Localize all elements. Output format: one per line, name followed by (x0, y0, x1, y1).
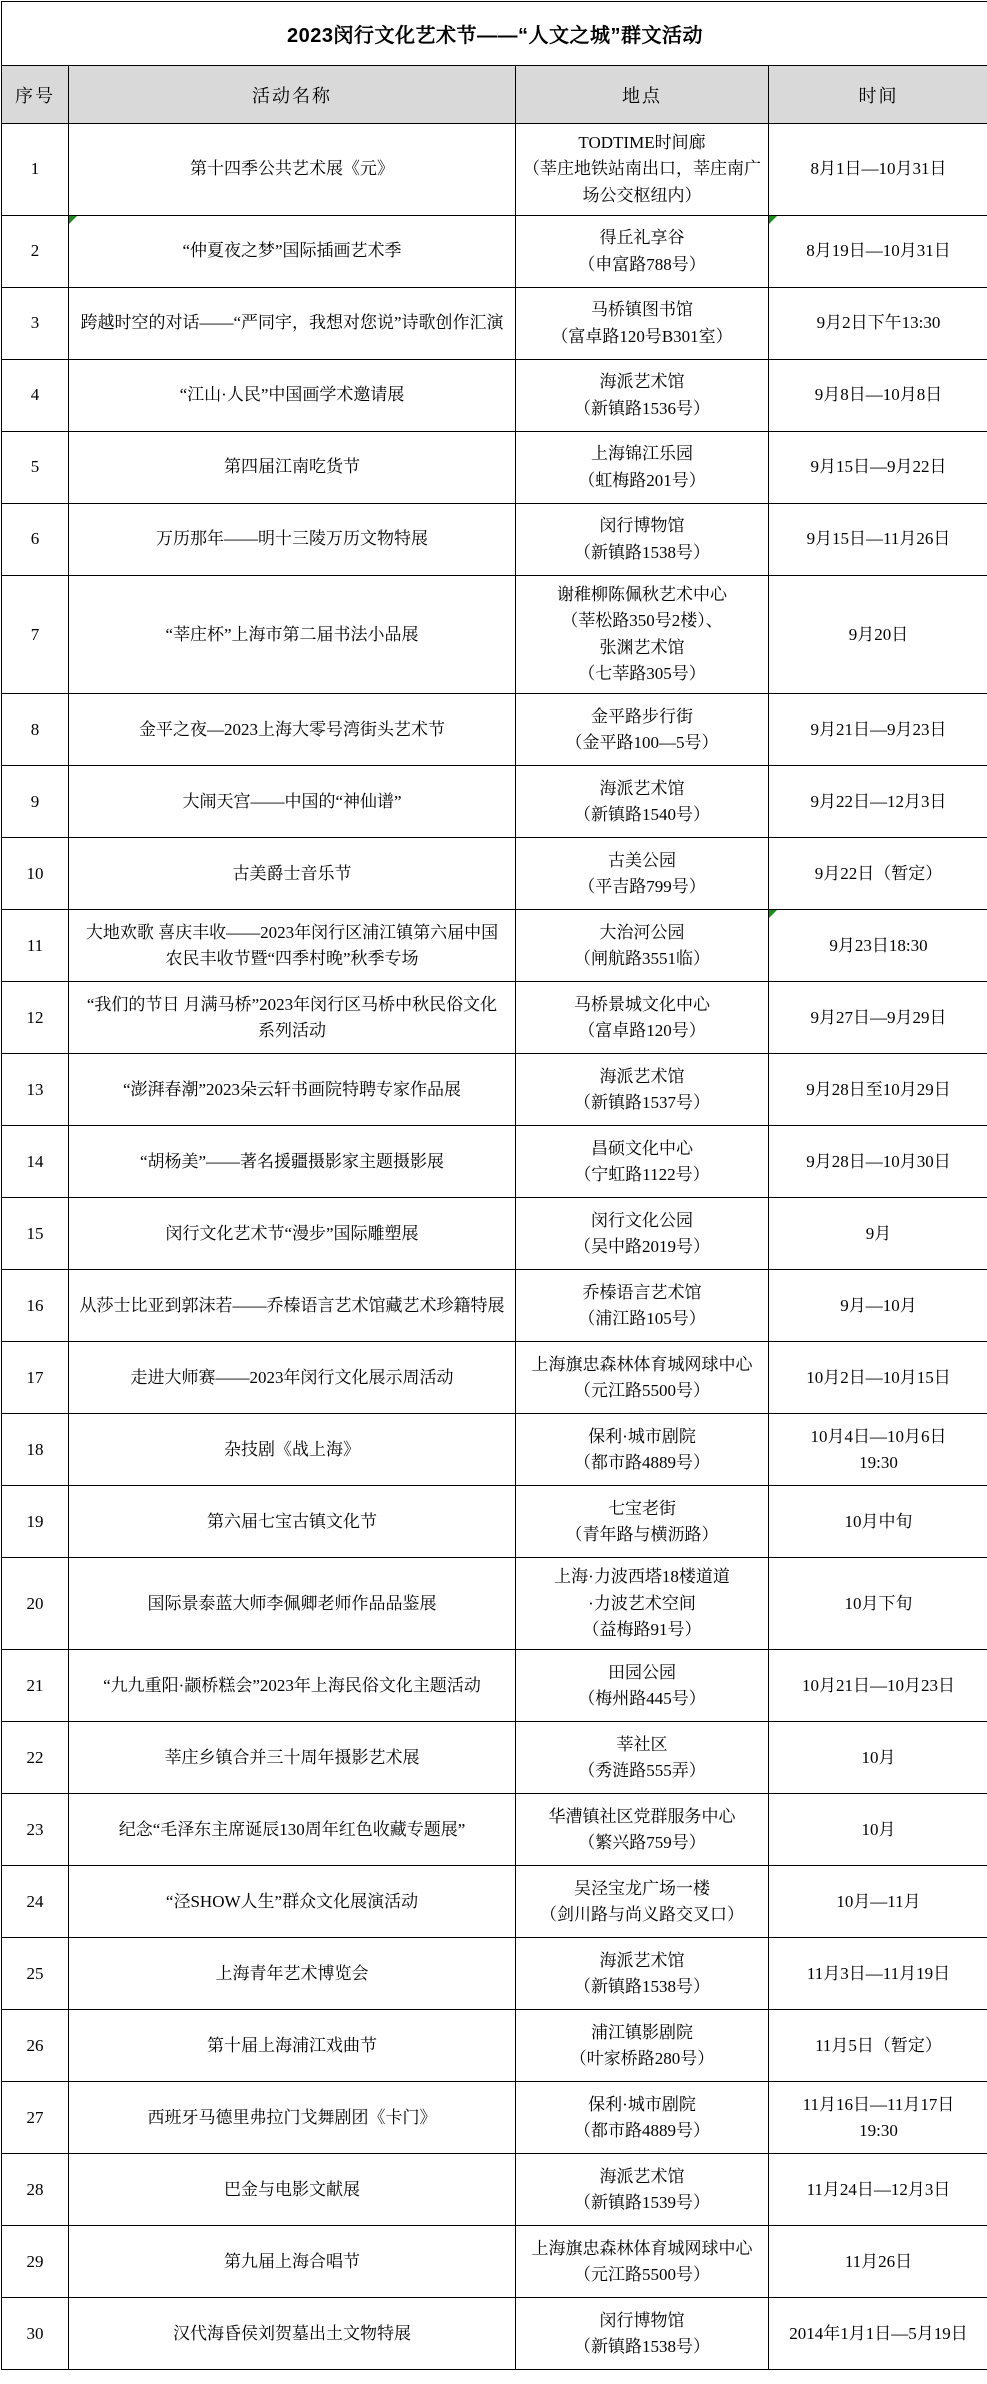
cell-time: 9月2日下午13:30 (769, 288, 987, 360)
cell-time: 9月28日—10月30日 (769, 1126, 987, 1198)
cell-location: 海派艺术馆 （新镇路1537号） (516, 1054, 769, 1126)
cell-name: 大地欢歌 喜庆丰收——2023年闵行区浦江镇第六届中国农民丰收节暨“四季村晚”秋… (69, 910, 516, 982)
cell-location: 乔榛语言艺术馆 （浦江路105号） (516, 1270, 769, 1342)
cell-name: 第六届七宝古镇文化节 (69, 1486, 516, 1558)
cell-corner-marker-icon (769, 910, 777, 918)
table-row: 10古美爵士音乐节古美公园 （平吉路799号）9月22日（暂定） (2, 838, 987, 910)
cell-index: 23 (2, 1794, 69, 1866)
table-row: 3跨越时空的对话——“严同宇，我想对您说”诗歌创作汇演马桥镇图书馆 （富卓路12… (2, 288, 987, 360)
cell-corner-marker-icon (769, 216, 777, 224)
cell-name: 汉代海昏侯刘贺墓出土文物特展 (69, 2298, 516, 2370)
column-header-location: 地点 (516, 66, 769, 124)
table-row: 7“莘庄杯”上海市第二届书法小品展谢稚柳陈佩秋艺术中心 （莘松路350号2楼）、… (2, 576, 987, 694)
cell-index: 28 (2, 2154, 69, 2226)
cell-name: 上海青年艺术博览会 (69, 1938, 516, 2010)
cell-time: 11月16日—11月17日 19:30 (769, 2082, 987, 2154)
cell-location: 海派艺术馆 （新镇路1540号） (516, 766, 769, 838)
cell-index: 6 (2, 504, 69, 576)
table-row: 23纪念“毛泽东主席诞辰130周年红色收藏专题展”华漕镇社区党群服务中心 （繁兴… (2, 1794, 987, 1866)
cell-time: 10月2日—10月15日 (769, 1342, 987, 1414)
cell-time: 10月 (769, 1794, 987, 1866)
table-row: 26第十届上海浦江戏曲节浦江镇影剧院 （叶家桥路280号）11月5日（暂定） (2, 2010, 987, 2082)
cell-name: 跨越时空的对话——“严同宇，我想对您说”诗歌创作汇演 (69, 288, 516, 360)
cell-time: 9月—10月 (769, 1270, 987, 1342)
cell-name: “莘庄杯”上海市第二届书法小品展 (69, 576, 516, 694)
cell-location: 谢稚柳陈佩秋艺术中心 （莘松路350号2楼）、 张渊艺术馆 （七莘路305号） (516, 576, 769, 694)
cell-index: 29 (2, 2226, 69, 2298)
cell-name: 第十届上海浦江戏曲节 (69, 2010, 516, 2082)
cell-location: 大治河公园 （闸航路3551临） (516, 910, 769, 982)
cell-location: 得丘礼享谷 （申富路788号） (516, 216, 769, 288)
cell-index: 27 (2, 2082, 69, 2154)
table-row: 24“泾SHOW人生”群众文化展演活动吴泾宝龙广场一楼 （剑川路与尚义路交叉口）… (2, 1866, 987, 1938)
cell-time: 9月15日—11月26日 (769, 504, 987, 576)
cell-index: 2 (2, 216, 69, 288)
cell-time: 9月28日至10月29日 (769, 1054, 987, 1126)
cell-index: 20 (2, 1558, 69, 1650)
cell-location: 海派艺术馆 （新镇路1539号） (516, 2154, 769, 2226)
cell-index: 25 (2, 1938, 69, 2010)
cell-name: 巴金与电影文献展 (69, 2154, 516, 2226)
table-row: 18杂技剧《战上海》保利·城市剧院 （都市路4889号）10月4日—10月6日 … (2, 1414, 987, 1486)
column-header-index: 序号 (2, 66, 69, 124)
cell-name: 西班牙马德里弗拉门戈舞剧团《卡门》 (69, 2082, 516, 2154)
cell-time: 9月23日18:30 (769, 910, 987, 982)
document-sheet: 2023闵行文化艺术节——“人文之城”群文活动 序号活动名称地点时间 1第十四季… (0, 0, 987, 2372)
cell-location: 七宝老街 （青年路与横沥路） (516, 1486, 769, 1558)
cell-time: 9月8日—10月8日 (769, 360, 987, 432)
cell-index: 30 (2, 2298, 69, 2370)
table-row: 2“仲夏夜之梦”国际插画艺术季得丘礼享谷 （申富路788号）8月19日—10月3… (2, 216, 987, 288)
table-row: 11大地欢歌 喜庆丰收——2023年闵行区浦江镇第六届中国农民丰收节暨“四季村晚… (2, 910, 987, 982)
cell-location: 上海旗忠森林体育城网球中心（元江路5500号） (516, 2226, 769, 2298)
cell-time: 10月21日—10月23日 (769, 1650, 987, 1722)
cell-time: 9月15日—9月22日 (769, 432, 987, 504)
cell-location: 华漕镇社区党群服务中心 （繁兴路759号） (516, 1794, 769, 1866)
cell-name: 从莎士比亚到郭沫若——乔榛语言艺术馆藏艺术珍籍特展 (69, 1270, 516, 1342)
cell-index: 14 (2, 1126, 69, 1198)
cell-index: 22 (2, 1722, 69, 1794)
cell-location: 保利·城市剧院 （都市路4889号） (516, 1414, 769, 1486)
cell-location: 马桥景城文化中心 （富卓路120号） (516, 982, 769, 1054)
table-row: 25上海青年艺术博览会海派艺术馆 （新镇路1538号）11月3日—11月19日 (2, 1938, 987, 2010)
cell-name: “仲夏夜之梦”国际插画艺术季 (69, 216, 516, 288)
cell-time: 10月—11月 (769, 1866, 987, 1938)
cell-index: 8 (2, 694, 69, 766)
cell-location: 海派艺术馆 （新镇路1538号） (516, 1938, 769, 2010)
cell-location: 莘社区 （秀涟路555弄） (516, 1722, 769, 1794)
cell-time: 11月3日—11月19日 (769, 1938, 987, 2010)
cell-time: 11月24日—12月3日 (769, 2154, 987, 2226)
cell-location: 海派艺术馆 （新镇路1536号） (516, 360, 769, 432)
table-row: 13“澎湃春潮”2023朵云轩书画院特聘专家作品展海派艺术馆 （新镇路1537号… (2, 1054, 987, 1126)
cell-location: 保利·城市剧院 （都市路4889号） (516, 2082, 769, 2154)
table-row: 5第四届江南吃货节上海锦江乐园 （虹梅路201号）9月15日—9月22日 (2, 432, 987, 504)
cell-name: “九九重阳·颛桥糕会”2023年上海民俗文化主题活动 (69, 1650, 516, 1722)
cell-location: TODTIME时间廊 （莘庄地铁站南出口，莘庄南广场公交枢纽内） (516, 124, 769, 216)
table-row: 14“胡杨美”——著名援疆摄影家主题摄影展昌硕文化中心 （宁虹路1122号）9月… (2, 1126, 987, 1198)
cell-name: 万历那年——明十三陵万历文物特展 (69, 504, 516, 576)
cell-time: 10月下旬 (769, 1558, 987, 1650)
cell-location: 上海锦江乐园 （虹梅路201号） (516, 432, 769, 504)
table-body: 1第十四季公共艺术展《元》TODTIME时间廊 （莘庄地铁站南出口，莘庄南广场公… (2, 124, 987, 2370)
cell-index: 21 (2, 1650, 69, 1722)
cell-location: 古美公园 （平吉路799号） (516, 838, 769, 910)
title-row: 2023闵行文化艺术节——“人文之城”群文活动 (2, 2, 987, 66)
cell-name: 莘庄乡镇合并三十周年摄影艺术展 (69, 1722, 516, 1794)
table-row: 9大闹天宫——中国的“神仙谱”海派艺术馆 （新镇路1540号）9月22日—12月… (2, 766, 987, 838)
cell-time: 11月26日 (769, 2226, 987, 2298)
cell-time: 9月27日—9月29日 (769, 982, 987, 1054)
table-row: 21“九九重阳·颛桥糕会”2023年上海民俗文化主题活动田园公园 （梅州路445… (2, 1650, 987, 1722)
table-row: 1第十四季公共艺术展《元》TODTIME时间廊 （莘庄地铁站南出口，莘庄南广场公… (2, 124, 987, 216)
cell-location: 吴泾宝龙广场一楼 （剑川路与尚义路交叉口） (516, 1866, 769, 1938)
cell-time: 9月21日—9月23日 (769, 694, 987, 766)
cell-name: 第四届江南吃货节 (69, 432, 516, 504)
table-row: 22莘庄乡镇合并三十周年摄影艺术展莘社区 （秀涟路555弄）10月 (2, 1722, 987, 1794)
cell-index: 26 (2, 2010, 69, 2082)
cell-name: “泾SHOW人生”群众文化展演活动 (69, 1866, 516, 1938)
cell-name: 第九届上海合唱节 (69, 2226, 516, 2298)
cell-name: 国际景泰蓝大师李佩卿老师作品品鉴展 (69, 1558, 516, 1650)
cell-index: 16 (2, 1270, 69, 1342)
cell-index: 3 (2, 288, 69, 360)
cell-name: 第十四季公共艺术展《元》 (69, 124, 516, 216)
cell-time: 8月19日—10月31日 (769, 216, 987, 288)
cell-name: 大闹天宫——中国的“神仙谱” (69, 766, 516, 838)
table-row: 30汉代海昏侯刘贺墓出土文物特展闵行博物馆 （新镇路1538号）2014年1月1… (2, 2298, 987, 2370)
cell-name: “胡杨美”——著名援疆摄影家主题摄影展 (69, 1126, 516, 1198)
cell-index: 11 (2, 910, 69, 982)
cell-time: 9月 (769, 1198, 987, 1270)
cell-location: 田园公园 （梅州路445号） (516, 1650, 769, 1722)
cell-index: 10 (2, 838, 69, 910)
table-row: 27西班牙马德里弗拉门戈舞剧团《卡门》保利·城市剧院 （都市路4889号）11月… (2, 2082, 987, 2154)
cell-index: 17 (2, 1342, 69, 1414)
cell-name: 金平之夜—2023上海大零号湾街头艺术节 (69, 694, 516, 766)
cell-time: 9月20日 (769, 576, 987, 694)
cell-name: 杂技剧《战上海》 (69, 1414, 516, 1486)
table-row: 29第九届上海合唱节上海旗忠森林体育城网球中心（元江路5500号）11月26日 (2, 2226, 987, 2298)
table-row: 12“我们的节日 月满马桥”2023年闵行区马桥中秋民俗文化系列活动马桥景城文化… (2, 982, 987, 1054)
cell-location: 浦江镇影剧院 （叶家桥路280号） (516, 2010, 769, 2082)
cell-location: 闵行博物馆 （新镇路1538号） (516, 2298, 769, 2370)
table-row: 20国际景泰蓝大师李佩卿老师作品品鉴展上海·力波西塔18楼道道 ·力波艺术空间 … (2, 1558, 987, 1650)
table-row: 16从莎士比亚到郭沫若——乔榛语言艺术馆藏艺术珍籍特展乔榛语言艺术馆 （浦江路1… (2, 1270, 987, 1342)
cell-index: 19 (2, 1486, 69, 1558)
cell-index: 13 (2, 1054, 69, 1126)
cell-name: 闵行文化艺术节“漫步”国际雕塑展 (69, 1198, 516, 1270)
table-header-row: 序号活动名称地点时间 (2, 66, 987, 124)
cell-time: 2014年1月1日—5月19日 (769, 2298, 987, 2370)
column-header-name: 活动名称 (69, 66, 516, 124)
cell-time: 9月22日—12月3日 (769, 766, 987, 838)
cell-name: 古美爵士音乐节 (69, 838, 516, 910)
cell-name: “澎湃春潮”2023朵云轩书画院特聘专家作品展 (69, 1054, 516, 1126)
cell-index: 4 (2, 360, 69, 432)
cell-location: 金平路步行街 （金平路100—5号） (516, 694, 769, 766)
cell-index: 9 (2, 766, 69, 838)
table-row: 15闵行文化艺术节“漫步”国际雕塑展闵行文化公园 （吴中路2019号）9月 (2, 1198, 987, 1270)
table-row: 4“江山·人民”中国画学术邀请展海派艺术馆 （新镇路1536号）9月8日—10月… (2, 360, 987, 432)
cell-index: 15 (2, 1198, 69, 1270)
cell-name: 走进大师赛——2023年闵行文化展示周活动 (69, 1342, 516, 1414)
column-header-time: 时间 (769, 66, 987, 124)
cell-time: 10月中旬 (769, 1486, 987, 1558)
cell-time: 11月5日（暂定） (769, 2010, 987, 2082)
cell-index: 7 (2, 576, 69, 694)
cell-index: 24 (2, 1866, 69, 1938)
cell-location: 上海·力波西塔18楼道道 ·力波艺术空间 （益梅路91号） (516, 1558, 769, 1650)
cell-index: 5 (2, 432, 69, 504)
activity-table: 2023闵行文化艺术节——“人文之城”群文活动 序号活动名称地点时间 1第十四季… (1, 1, 987, 2370)
cell-location: 马桥镇图书馆 （富卓路120号B301室） (516, 288, 769, 360)
table-row: 6万历那年——明十三陵万历文物特展闵行博物馆 （新镇路1538号）9月15日—1… (2, 504, 987, 576)
cell-time: 9月22日（暂定） (769, 838, 987, 910)
cell-index: 12 (2, 982, 69, 1054)
table-row: 8金平之夜—2023上海大零号湾街头艺术节金平路步行街 （金平路100—5号）9… (2, 694, 987, 766)
cell-time: 8月1日—10月31日 (769, 124, 987, 216)
table-row: 19第六届七宝古镇文化节七宝老街 （青年路与横沥路）10月中旬 (2, 1486, 987, 1558)
cell-time: 10月4日—10月6日 19:30 (769, 1414, 987, 1486)
cell-location: 昌硕文化中心 （宁虹路1122号） (516, 1126, 769, 1198)
cell-location: 闵行文化公园 （吴中路2019号） (516, 1198, 769, 1270)
cell-location: 上海旗忠森林体育城网球中心（元江路5500号） (516, 1342, 769, 1414)
table-row: 17走进大师赛——2023年闵行文化展示周活动上海旗忠森林体育城网球中心（元江路… (2, 1342, 987, 1414)
cell-name: “江山·人民”中国画学术邀请展 (69, 360, 516, 432)
cell-corner-marker-icon (69, 216, 77, 224)
cell-index: 18 (2, 1414, 69, 1486)
table-row: 28巴金与电影文献展海派艺术馆 （新镇路1539号）11月24日—12月3日 (2, 2154, 987, 2226)
cell-index: 1 (2, 124, 69, 216)
cell-name: “我们的节日 月满马桥”2023年闵行区马桥中秋民俗文化系列活动 (69, 982, 516, 1054)
cell-name: 纪念“毛泽东主席诞辰130周年红色收藏专题展” (69, 1794, 516, 1866)
cell-location: 闵行博物馆 （新镇路1538号） (516, 504, 769, 576)
page-title: 2023闵行文化艺术节——“人文之城”群文活动 (2, 2, 987, 66)
cell-time: 10月 (769, 1722, 987, 1794)
